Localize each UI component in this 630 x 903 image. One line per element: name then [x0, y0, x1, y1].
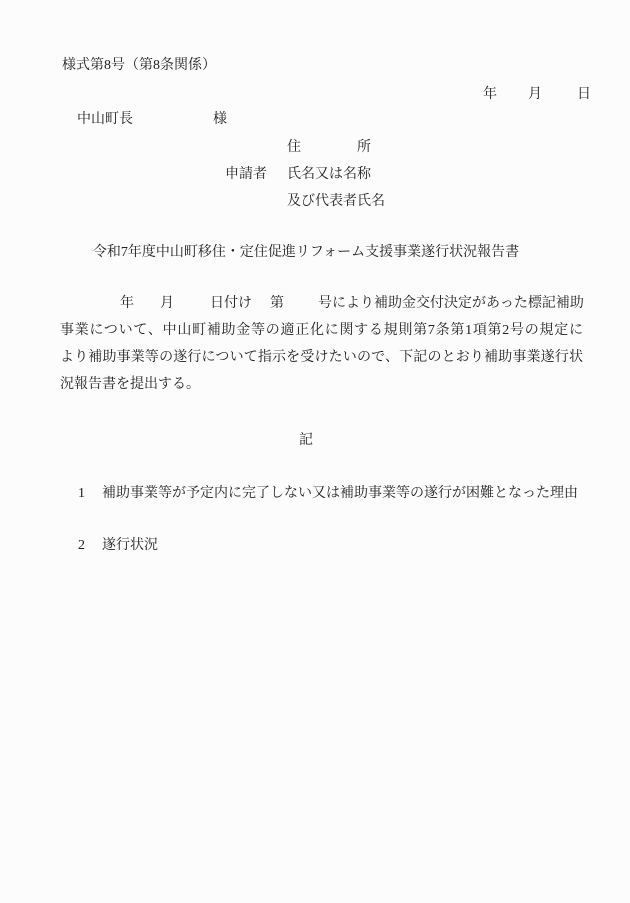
date-year-label: 年 — [483, 87, 497, 102]
body-paragraph-line-1: 年月日付け第号により補助金交付決定があった標記補助 — [60, 296, 583, 313]
item-text: 遂行状況 — [102, 538, 158, 553]
document-title: 令和7年度中山町移住・定住促進リフォーム支援事業遂行状況報告書 — [0, 245, 612, 262]
representative-name-label: 及び代表者氏名 — [287, 194, 385, 211]
body-paragraph-line-4: 況報告書を提出する。 — [60, 377, 583, 394]
item-number: 1 — [78, 486, 85, 501]
ki-marker: 記 — [0, 433, 612, 450]
applicant-address-line: 住所 — [287, 140, 371, 157]
date-line: 年月日 — [483, 87, 591, 104]
addressee-line: 中山町長様 — [77, 112, 227, 129]
body-paragraph-line-3: より補助事業等の遂行について指示を受けたいので、下記のとおり補助事業遂行状 — [60, 350, 583, 367]
fillin-day-label: 日付け — [210, 296, 252, 311]
fillin-number-prefix: 第 — [270, 296, 284, 311]
applicant-name-label: 氏名又は名称 — [287, 167, 371, 182]
addressee-honorific: 様 — [213, 112, 227, 127]
body-paragraph-line-2: 事業について、中山町補助金等の適正化に関する規則第7条第1項第2号の規定に — [60, 323, 583, 340]
item-text: 補助事業等が予定内に完了しない又は補助事業等の遂行が困難となった理由 — [102, 486, 578, 501]
document-page: 様式第8号（第8条関係） 年月日 中山町長様 住所 申請者氏名又は名称 及び代表… — [0, 0, 630, 903]
applicant-label: 申請者 — [225, 167, 267, 182]
fillin-year-label: 年 — [120, 296, 134, 311]
item-number: 2 — [78, 538, 85, 553]
form-number: 様式第8号（第8条関係） — [62, 58, 216, 75]
list-item: 1補助事業等が予定内に完了しない又は補助事業等の遂行が困難となった理由 — [78, 486, 578, 503]
applicant-name-line: 申請者氏名又は名称 — [225, 167, 371, 184]
date-month-label: 月 — [528, 87, 542, 102]
addressee-title: 中山町長 — [77, 112, 133, 127]
date-day-label: 日 — [577, 87, 591, 102]
list-item: 2遂行状況 — [78, 538, 158, 555]
address-label-right: 所 — [357, 140, 371, 155]
body-line-1-text: 号により補助金交付決定があった標記補助 — [318, 296, 584, 311]
fillin-month-label: 月 — [160, 296, 174, 311]
address-label-left: 住 — [287, 140, 301, 155]
